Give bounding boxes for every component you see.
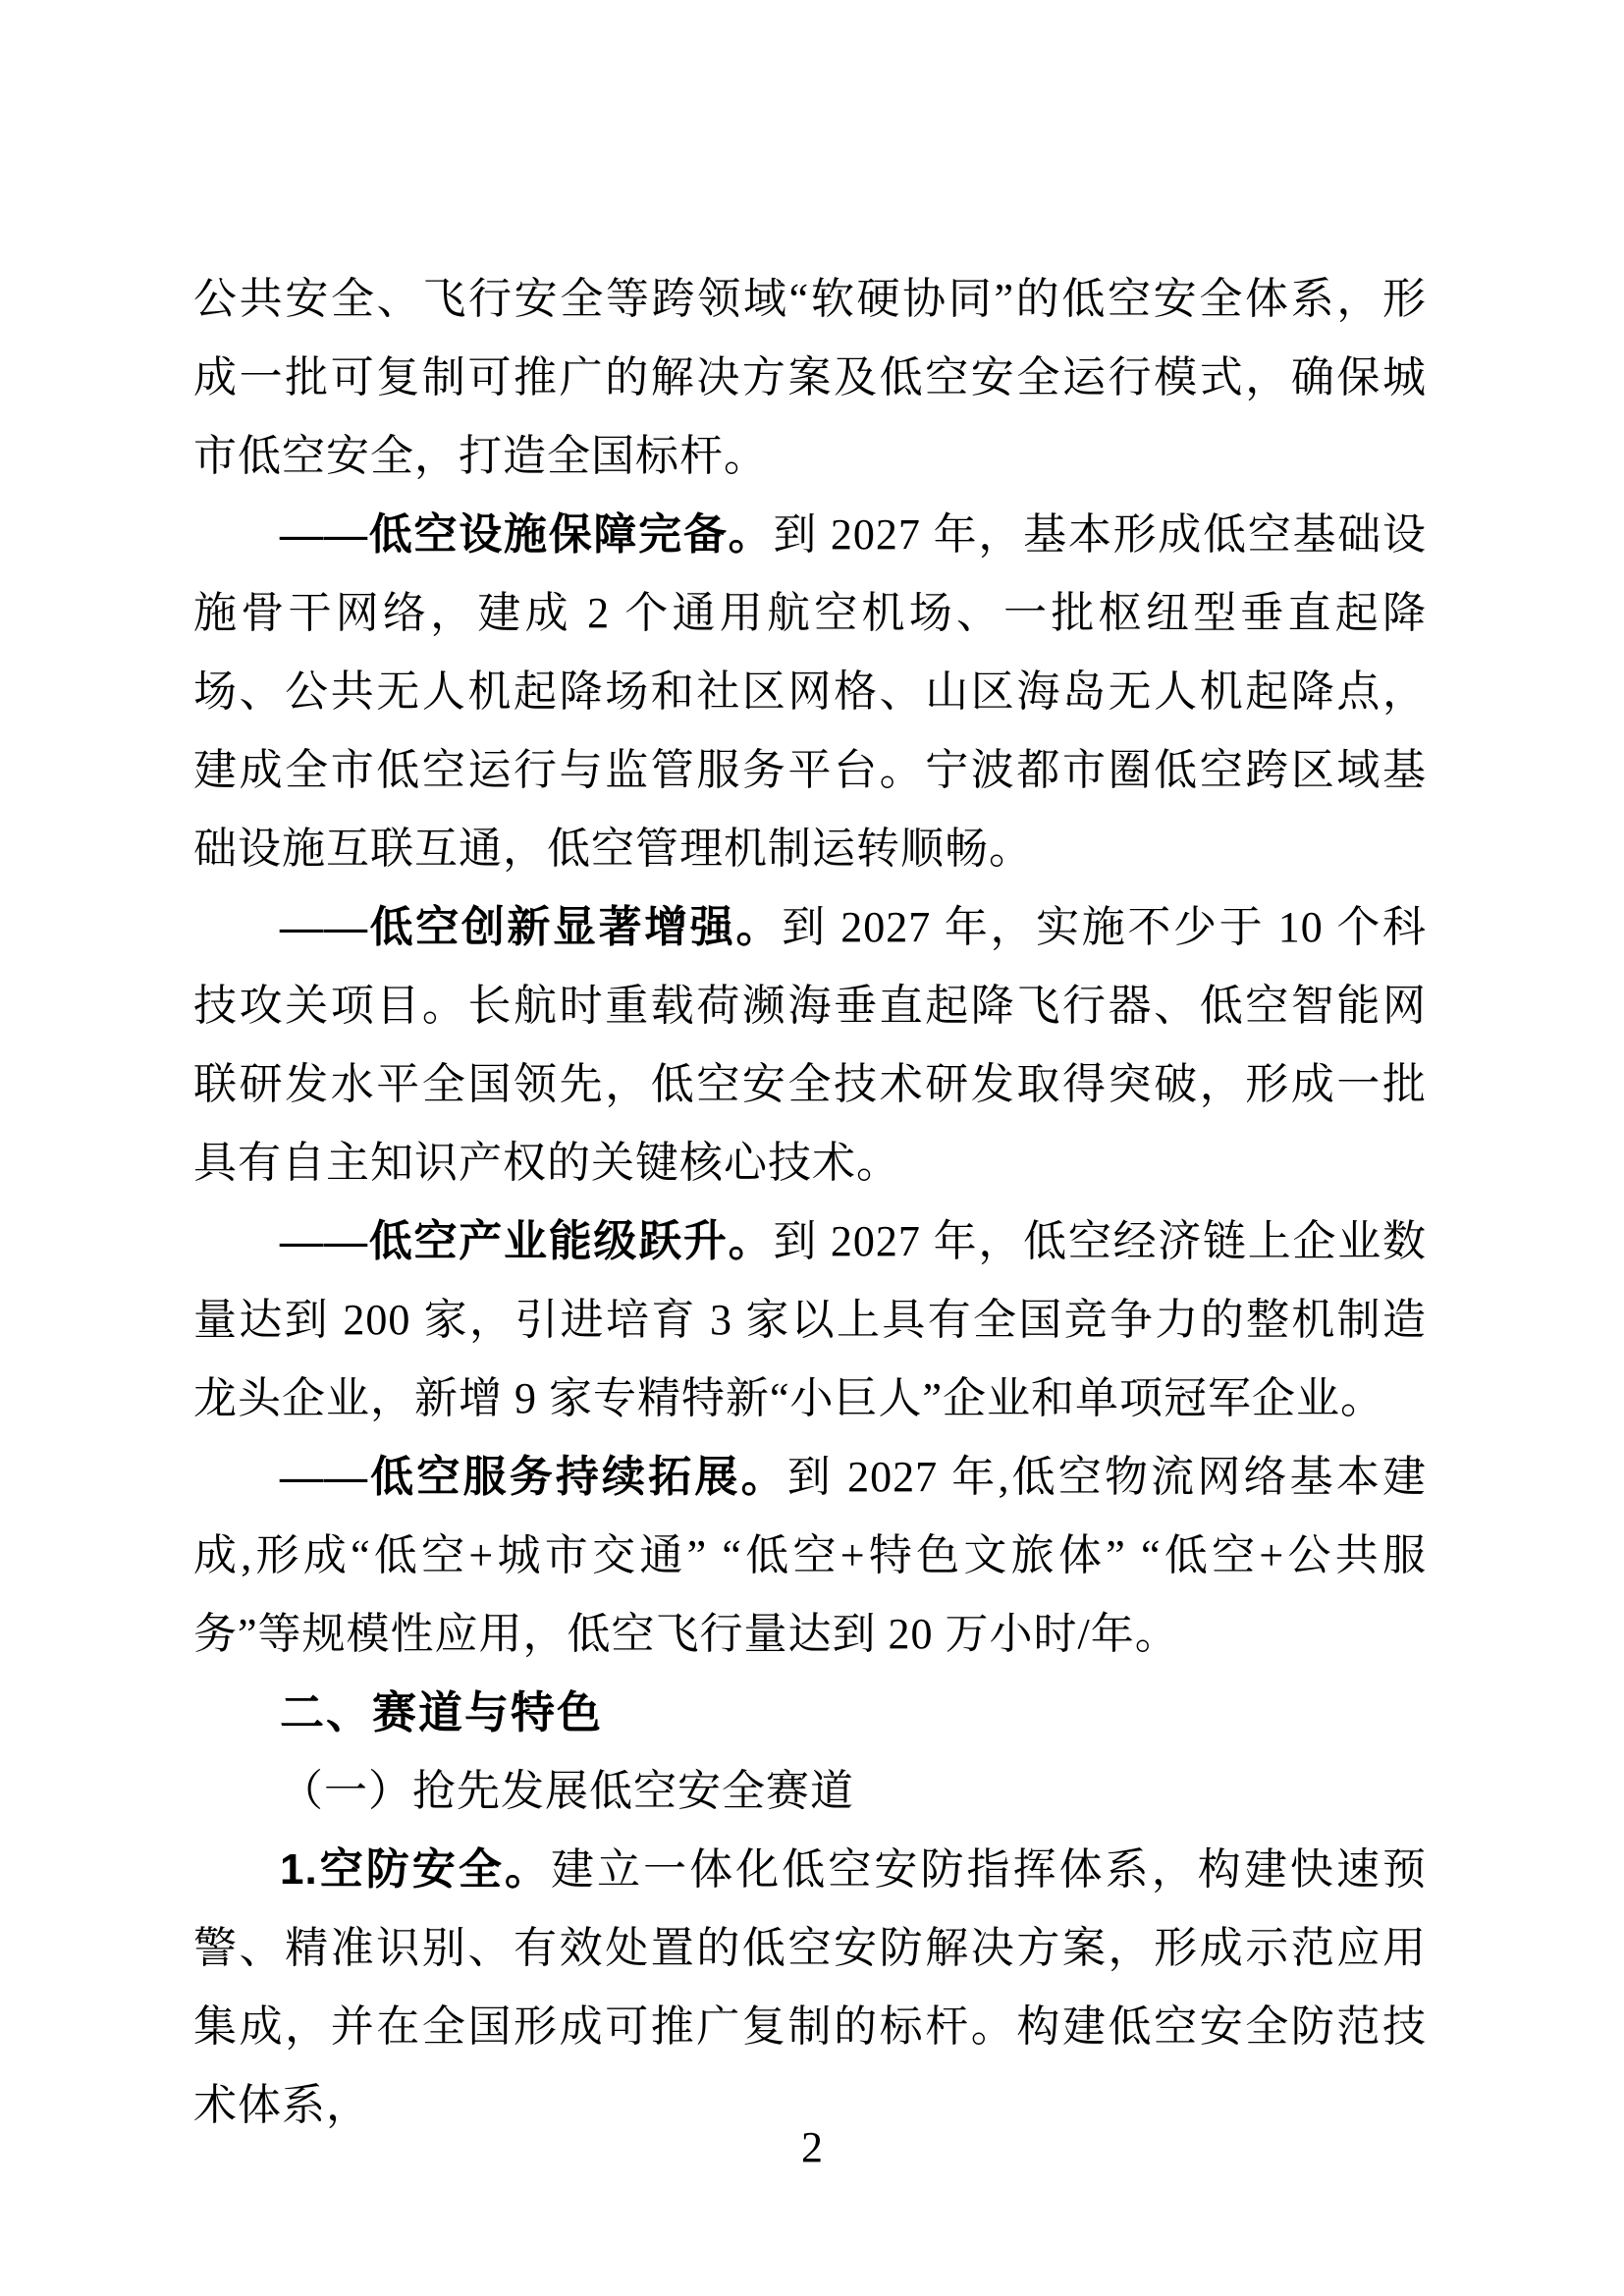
- subsection-heading: （一）抢先发展低空安全赛道: [193, 1752, 1427, 1831]
- page-number: 2: [801, 2123, 823, 2171]
- paragraph-infrastructure: ——低空设施保障完备。到 2027 年，基本形成低空基础设施骨干网络，建成 2 …: [193, 496, 1427, 888]
- paragraph-service: ——低空服务持续拓展。到 2027 年,低空物流网络基本建成,形成“低空+城市交…: [193, 1438, 1427, 1674]
- page-footer: 2: [0, 2118, 1624, 2177]
- paragraph-industry: ——低空产业能级跃升。到 2027 年，低空经济链上企业数量达到 200 家，引…: [193, 1202, 1427, 1438]
- paragraph-industry-lead: ——低空产业能级跃升。: [280, 1217, 773, 1265]
- section-heading: 二、赛道与特色: [193, 1674, 1427, 1752]
- paragraph-air-defense-lead: 1.空防安全。: [280, 1845, 551, 1894]
- document-page: 公共安全、飞行安全等跨领域“软硬协同”的低空安全体系，形成一批可复制可推广的解决…: [0, 0, 1624, 2296]
- paragraph-air-defense: 1.空防安全。建立一体化低空安防指挥体系，构建快速预警、精准识别、有效处置的低空…: [193, 1831, 1427, 2145]
- paragraph-service-lead: ——低空服务持续拓展。: [280, 1453, 787, 1501]
- paragraph-continuation: 公共安全、飞行安全等跨领域“软硬协同”的低空安全体系，形成一批可复制可推广的解决…: [193, 260, 1427, 496]
- paragraph-innovation: ——低空创新显著增强。到 2027 年，实施不少于 10 个科技攻关项目。长航时…: [193, 888, 1427, 1202]
- paragraph-continuation-text: 公共安全、飞行安全等跨领域“软硬协同”的低空安全体系，形成一批可复制可推广的解决…: [193, 275, 1427, 480]
- paragraph-infrastructure-text: 到 2027 年，基本形成低空基础设施骨干网络，建成 2 个通用航空机场、一批枢…: [193, 510, 1427, 873]
- paragraph-innovation-lead: ——低空创新显著增强。: [280, 903, 782, 951]
- document-body: 公共安全、飞行安全等跨领域“软硬协同”的低空安全体系，形成一批可复制可推广的解决…: [193, 260, 1427, 2145]
- paragraph-infrastructure-lead: ——低空设施保障完备。: [280, 510, 773, 559]
